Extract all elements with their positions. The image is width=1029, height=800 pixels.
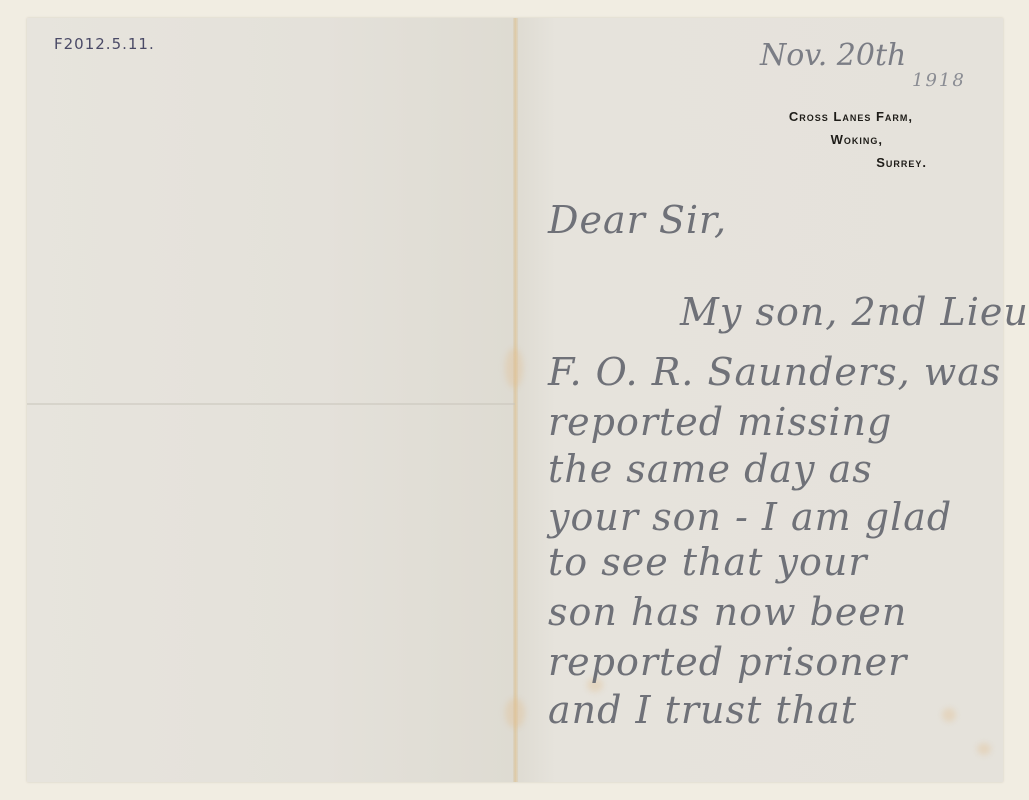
- foxing-stain: [942, 708, 956, 722]
- salutation: Dear Sir,: [548, 198, 727, 242]
- letterhead-line-town: Woking,: [789, 128, 883, 151]
- accession-number: F2012.5.11.: [54, 35, 155, 53]
- body-line: the same day as: [548, 447, 873, 491]
- body-line: My son, 2nd Lieut.: [680, 290, 1029, 334]
- body-line: your son - I am glad: [548, 495, 952, 539]
- center-fold: [513, 18, 518, 782]
- letterhead-address: Cross Lanes Farm, Woking, Surrey.: [789, 105, 927, 174]
- letter-year: 1918: [912, 70, 966, 91]
- body-line: son has now been: [548, 590, 907, 634]
- letterhead-line-farm: Cross Lanes Farm,: [789, 105, 913, 128]
- body-line: F. O. R. Saunders, was: [548, 350, 1001, 394]
- horizontal-crease: [27, 403, 515, 405]
- letterhead-line-county: Surrey.: [789, 151, 927, 174]
- body-line: reported prisoner: [548, 640, 907, 684]
- foxing-stain: [505, 348, 523, 388]
- body-line: reported missing: [548, 400, 892, 444]
- body-line: and I trust that: [548, 688, 857, 732]
- left-page-blank: [27, 18, 515, 782]
- body-line: to see that your: [548, 540, 868, 584]
- foxing-stain: [977, 743, 991, 755]
- foxing-stain: [505, 698, 525, 728]
- letter-date: Nov. 20th: [760, 38, 906, 73]
